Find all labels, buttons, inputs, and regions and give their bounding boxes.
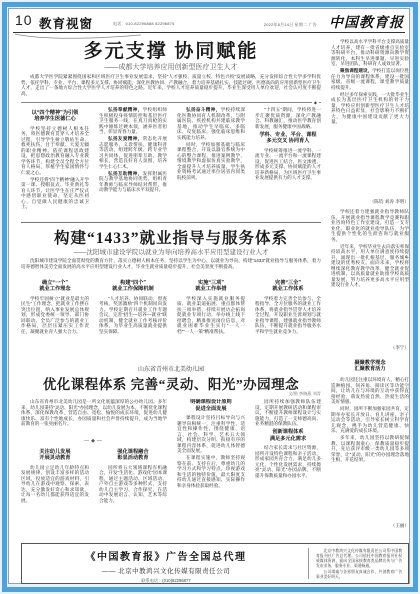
rightcol-part3: 幼儿园还注重以环境育人，精心打造种植园、饲养角、阅读区等功能空间，让幼儿在与环境…	[331, 377, 409, 521]
article3-col3: 明确课程设计原则 促进全面发展 课程设计坚持目标导向与兴趣导向相统一，注重科学性…	[177, 399, 245, 531]
section-contact: 电话：010-82296888 82296875	[113, 21, 175, 27]
article2-headline: 构建“1433”就业指导与服务体系	[21, 226, 321, 248]
article1-col4-subhead: 学科、专业、平台、课程 多元交叉 协同育人	[255, 132, 321, 145]
subhead-line: 促进全面发展	[177, 406, 245, 413]
paragraph: 幼儿园还注重以环境育人，精心打造种植园、饲养角、阅读区等功能空间，让幼儿在与环境…	[331, 377, 409, 405]
paragraph: 幼儿园立足幼儿年龄特点和发展规律，创设丰富多样的活动区域，投放适宜的游戏材料，引…	[21, 465, 89, 504]
article3-intro: 山东省青州市北美幼儿园是一所文化底蕴深厚的公办幼儿园。多年来，幼儿园秉持“灵动、…	[21, 399, 167, 437]
rightcol-signature3: （王丽）	[331, 523, 409, 529]
article2-subtitle: ——沈阳城市建设学院以就业为导向培养高水平应用型建设行业人才	[21, 247, 321, 256]
bold-lead: 弘扬互助精神，	[108, 171, 143, 176]
article1-col4: “十四五”期间，学校将进一步汇聚优质资源，深化产教融合、科教融汇，推动医学教育创…	[255, 107, 321, 219]
article1-col1-subhead: 以“四个精神”为引领 培养学生医德仁心	[21, 110, 89, 123]
bold-lead: 聚焦课程建设，	[340, 68, 372, 73]
paragraph: 学校还将“四个精神”融入开学第一课、授帽仪式、毕业典礼等育人环节，让医学生在庄严…	[21, 177, 89, 210]
article3-col3-subhead: 明确课程设计原则 促进全面发展	[177, 399, 245, 412]
article3-headline: 优化课程体系 完善“灵动、阳光”办园理念	[21, 373, 321, 393]
paragraph: 学校以高水平学科平台支撑高质量人才培养，建有一批省级重点实验室等科研平台，推动科…	[331, 39, 409, 67]
article2-col4-subhead: 完善“三全” 就业工作体系	[255, 280, 321, 293]
paragraph: 同时，园所不断加强家园共育，定期举办家长开放日、育儿讲座、亲子运动会等活动，引导…	[331, 406, 409, 434]
paragraph-text: 学校持续深化医教协同育人机制改革，与附属医院、疾控机构共建临床教学基地，推动学生…	[177, 107, 245, 140]
paragraph: 园所将五大领域课程有机融合，开发“生活化、游戏化”园本课程，通过主题活动、区域活…	[99, 465, 167, 504]
article1-subtitle: ——成都大学培养应用创新型医疗卫生人才	[21, 62, 321, 72]
article3-byline: 文/图 李晓燕 刘青	[21, 391, 321, 397]
paragraph: 聚焦课程建设，学校打造以岗位胜任力为导向的课程体系，建设一批国家级、省级一流课程…	[331, 68, 409, 90]
paragraph: 结合家长需求与社区资源，园所开设特色课程和亲子活动，形成家园共育合力，满足幼儿多…	[255, 445, 321, 478]
rightcol-subhead: 凝聚教学理念 汇聚教育活力	[331, 360, 409, 373]
article3-kicker: 山东省青州市北美幼儿园	[21, 364, 321, 373]
bold-lead: 弘扬奉献精神，	[108, 107, 143, 112]
article3-col1: 关注幼儿发展 开展灵动教育 幼儿园立足幼儿年龄特点和发展规律，创设丰富多样的活动…	[21, 446, 89, 531]
subhead-line: 就业工作举措	[177, 286, 245, 293]
paragraph: 同时，学校加强基础与临床课程整合，开设以器官系统为中心的整合课程，推进案例教学、…	[177, 142, 245, 181]
bold-lead: 弘扬奋斗精神，	[186, 107, 221, 112]
article3-col2-subhead: 强化课程融合 彰显活动教育	[99, 449, 167, 462]
article2-col3-subhead: 实施“三项” 就业工作举措	[177, 280, 245, 293]
ad-right-text: 北京中教鸿兴文化传媒有限责任公司系中国教育报刊社广告总代理。公司依托中国教育报刊…	[316, 549, 402, 569]
subhead-line: 培养学生医德仁心	[21, 116, 89, 123]
ad-box: 《中国教育报》广告全国总代理 —— 北京中教鸿兴文化传媒有限责任公司 联系电话：…	[21, 543, 409, 584]
page-number: 10	[15, 12, 33, 28]
paragraph: 学校还着力建强就业指导教师队伍，开展就业指导课程教学竞赛和职业咨询特色工作室建设…	[331, 209, 409, 242]
ad-right-text: 公司竭诚与各界朋友真诚合作，共创教育广告事业美好明天。	[316, 570, 402, 580]
article1-intro-text: 成都大学医学院紧紧围绕国家和区域医疗卫生事业发展需求，坚持“人才强校、质量立校、…	[21, 74, 321, 96]
rightcol-signature1: （陈钧 刘涛 李明）	[331, 199, 409, 205]
article3-col4-subhead: 创新课程体系 满足多元化需求	[255, 429, 321, 442]
article1-col1: 以“四个精神”为引领 培养学生医德仁心 学校坚持立德树人根本任务，将医德教育贯穿…	[21, 107, 89, 219]
subhead-line: 汇聚教育活力	[331, 366, 409, 373]
newspaper-page: 10 教育视窗 电话：010-82296888 82296875 2022年6月…	[8, 8, 410, 584]
ad-company: —— 北京中教鸿兴文化传媒有限责任公司	[30, 566, 302, 575]
article2-col1-subhead: 确立“一个” 就业工作理念	[21, 280, 89, 293]
subhead-line: 满足多元化需求	[255, 436, 321, 443]
section-rule	[21, 222, 321, 223]
subhead-line: 就业工作理念	[21, 286, 89, 293]
newspaper-scan: 10 教育视窗 电话：010-82296888 82296875 2022年6月…	[0, 0, 420, 594]
subhead-line: 彰显活动教育	[99, 455, 167, 462]
article3-col1-subhead: 关注幼儿发展 开展灵动教育	[21, 449, 89, 462]
article2-col3: 实施“三项” 就业工作举措 学校深入实施就业服务提质、就业渠道拓展、重点群体帮扶…	[177, 277, 245, 361]
article2-intro: 沈阳城市建设学院全面贯彻党的教育方针，落实立德树人根本任务，坚持以学生为中心、以…	[21, 258, 321, 275]
bold-lead: 弘扬友爱精神，	[108, 136, 143, 141]
paragraph: 弘扬奉献精神，学校组织师生积极投身疫情防控和基层医疗卫生服务一线，在真刀真枪的实…	[99, 107, 167, 135]
ad-left-block: 《中国教育报》广告全国总代理 —— 北京中教鸿兴文化传媒有限责任公司 联系电话：…	[30, 548, 302, 584]
subhead-line: 就业工作保障机制	[99, 286, 167, 293]
ad-title: 《中国教育报》广告全国总代理	[30, 548, 302, 563]
article3-col2: 强化课程融合 彰显活动教育 园所将五大领域课程有机融合，开发“生活化、游戏化”园…	[99, 446, 167, 531]
divider-mark: ◆	[312, 100, 319, 105]
paragraph: 园所持续加强教师队伍建设，定期开展教研活动和课程审议，不断提升教师课程设计与实施…	[255, 399, 321, 427]
paragraph: 学校着力完善全员参与、全程指导、全方位服务的就业工作体系，将就业指导贯穿人才培养…	[255, 296, 321, 335]
rightcol-signature2: （李宁）	[331, 345, 409, 351]
subhead-line: 多元交叉 协同育人	[255, 138, 321, 145]
paragraph: 弘扬互助精神，发挥附属医院与教学基地协同优势，组织青年教师与临床导师结对帮带，推…	[99, 171, 167, 193]
article3-intro-text: 山东省青州市北美幼儿园是一所文化底蕴深厚的公办幼儿园。多年来，幼儿园秉持“灵动、…	[21, 399, 167, 427]
article2-col2: 构建“四个” 就业工作保障机制 “人才培养、协同联动、督查考核、奖惩激励”四个机…	[99, 277, 167, 361]
article2-col1: 确立“一个” 就业工作理念 学校牢固树立“就业是最大的民生”工作理念，把就业工作…	[21, 277, 89, 361]
subhead-line: 开展灵动教育	[21, 455, 89, 462]
article1-col2: 弘扬奉献精神，学校组织师生积极投身疫情防控和基层医疗卫生服务一线，在真刀真枪的实…	[99, 107, 167, 219]
paragraph: 多年来，幼儿园坚持以教研促保教、以课程润童心，保教质量稳步提升，先后获评市级一类…	[331, 435, 409, 463]
subhead-line: 就业工作体系	[255, 286, 321, 293]
article3-intro-divider: —◆—	[21, 438, 167, 444]
subhead-line: 创新课程体系	[255, 429, 321, 436]
rightcol-part1: 学校以高水平学科平台支撑高质量人才培养，建有一批省级重点实验室等科研平台，推动科…	[331, 39, 409, 197]
section-name: 教育视窗	[39, 14, 93, 32]
article2-col4: 完善“三全” 就业工作体系 学校着力完善全员参与、全程指导、全方位服务的就业工作…	[255, 277, 321, 361]
rightcol-part2: 学校还着力建强就业指导教师队伍，开展就业指导课程教学竞赛和职业咨询特色工作室建设…	[331, 209, 409, 343]
article2-intro-text: 沈阳城市建设学院全面贯彻党的教育方针，落实立德树人根本任务，坚持以学生为中心、以…	[21, 258, 321, 269]
ad-divider	[308, 548, 309, 579]
paragraph: “十四五”期间，学校将进一步汇聚优质资源，深化产教融合、科教融汇，推动医学教育创…	[255, 107, 321, 129]
article1-headline: 多元支撑 协同赋能	[21, 36, 321, 63]
paragraph: “人才培养、协同联动、督查考核、奖惩激励”四个机制同向发力。学校定期召开就业工作…	[99, 296, 167, 335]
article1-intro: 成都大学医学院紧紧围绕国家和区域医疗卫生事业发展需求，坚持“人才强校、质量立校、…	[21, 74, 321, 100]
paragraph: 学校坚持立德树人根本任务，将医德教育贯穿人才培养全过程，引导学生树立敬佑生命、救…	[21, 126, 89, 176]
paragraph-text: 常态化开展志愿服务、义诊帮扶、健康科普等活动，组建跨年级、跨专业学习共同体，促进…	[99, 136, 167, 169]
paragraph: 弘扬奋斗精神，学校持续深化医教协同育人机制改革，与附属医院、疾控机构共建临床教学…	[177, 107, 245, 140]
paragraph: 学校深入实施就业服务提质、就业渠道拓展、重点群体帮扶三项举措，持续开展访企拓岗促…	[177, 296, 245, 335]
subhead-line: 明确课程设计原则	[177, 399, 245, 406]
article3-col4: 园所持续加强教师队伍建设，定期开展教研活动和课程审议，不断提升教师课程设计与实施…	[255, 399, 321, 531]
paragraph: 经过多年探索实践，一大批毕业生成长为基层医疗卫生机构的骨干力量，学校应用创新型医…	[331, 92, 409, 125]
masthead-logo: 中国教育报	[329, 12, 404, 32]
article1-divider: ◆	[21, 102, 321, 103]
paragraph: 学校牢固树立“就业是最大的民生”工作理念，把就业工作摆在突出位置，纳入事业发展总…	[21, 296, 89, 335]
paragraph: 课程设计坚持目标导向与兴趣导向相统一，注重科学性、适宜性和操作性，围绕健康、语言…	[177, 415, 245, 454]
date-line: 2022年6月14日 星期二 广告	[264, 22, 317, 28]
article1-col3: 弘扬奋斗精神，学校持续深化医教协同育人机制改革，与附属医院、疾控机构共建临床教学…	[177, 107, 245, 219]
paragraph: 在课程实施中，教师坚持观察在前、支持在后，尊重幼儿的学习方式和学习特点，珍视游戏…	[177, 455, 245, 488]
ad-phone: 联系电话：(010)82296877	[30, 578, 302, 584]
ad-right-block: 北京中教鸿兴文化传媒有限责任公司系中国教育报刊社广告总代理。公司依托中国教育报刊…	[316, 549, 402, 581]
article2-col2-subhead: 构建“四个” 就业工作保障机制	[99, 280, 167, 293]
paragraph: 近年来，学校毕业生去向落实率保持较高水平，用人单位满意度持续提升，涌现出一批扎根…	[331, 244, 409, 288]
paragraph: 学校统筹推进一流学科、一流专业、一流平台和一流课程建设，促进医工结合、医文渗透，…	[255, 148, 321, 181]
paragraph: 弘扬友爱精神，常态化开展志愿服务、义诊帮扶、健康科普等活动，组建跨年级、跨专业学…	[99, 136, 167, 169]
